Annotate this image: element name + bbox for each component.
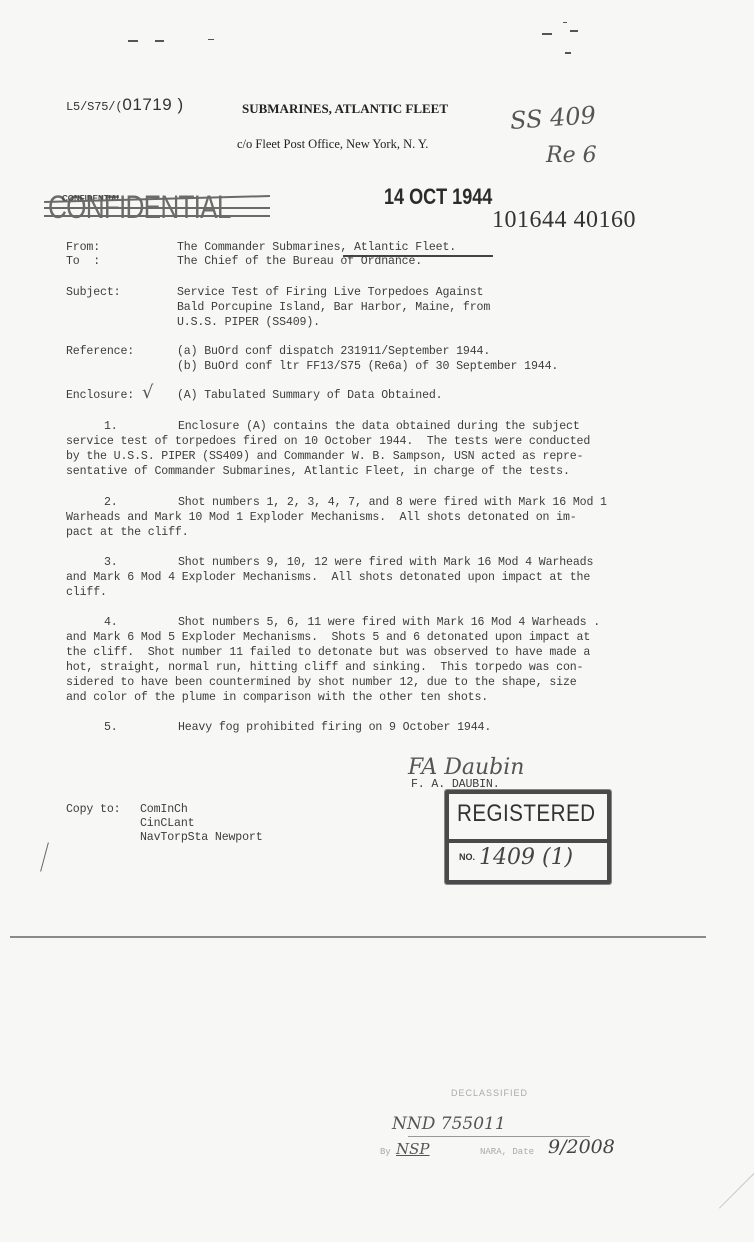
from-value: The Commander Submarines, Atlantic Fleet… [177, 241, 456, 256]
declassified-date-label: NARA, Date [480, 1147, 534, 1157]
declassified-stamp-title: DECLASSIFIED [451, 1088, 528, 1098]
serial-number-stamp: 101644 40160 [492, 207, 636, 234]
paragraph-line: the cliff. Shot number 11 failed to deto… [66, 646, 590, 661]
to-value: The Chief of the Bureau of Ordnance. [177, 255, 422, 270]
enclosure-value: (A) Tabulated Summary of Data Obtained. [177, 389, 443, 404]
declassified-by-value: NSP [396, 1140, 430, 1158]
paragraph-line: Shot numbers 1, 2, 3, 4, 7, and 8 were f… [178, 496, 607, 511]
copy-to-label: Copy to: [66, 803, 120, 818]
speck-mark [565, 52, 571, 54]
paragraph-line: Shot numbers 5, 6, 11 were fired with Ma… [178, 616, 600, 631]
subject-label: Subject: [66, 286, 120, 301]
declassified-authority: NND 755011 [392, 1114, 506, 1134]
subject-line: Bald Porcupine Island, Bar Harbor, Maine… [177, 301, 490, 316]
paragraph-line: by the U.S.S. PIPER (SS409) and Commande… [66, 450, 583, 465]
speck-mark [128, 40, 138, 42]
paragraph-line: Enclosure (A) contains the data obtained… [178, 420, 580, 435]
paper-crease [719, 1172, 754, 1208]
paragraph-line: cliff. [66, 586, 107, 601]
speck-mark [570, 30, 578, 32]
file-code-number: 01719 [122, 95, 172, 114]
copy-to-recipient: CinCLant [140, 817, 194, 832]
speck-mark [563, 22, 567, 23]
paragraph-line: sidered to have been countermined by sho… [66, 676, 577, 691]
registered-stamp: REGISTERED NO. 1409 (1) [445, 790, 611, 884]
paragraph-line: Heavy fog prohibited firing on 9 October… [178, 721, 491, 736]
reference-line: (b) BuOrd conf ltr FF13/S75 (Re6a) of 30… [177, 360, 558, 375]
file-code-suffix: ) [177, 95, 183, 114]
paragraph-number: 3. [104, 556, 118, 571]
from-label: From: [66, 241, 100, 256]
declassified-by-label: By [380, 1145, 391, 1160]
subject-line: U.S.S. PIPER (SS409). [177, 316, 320, 331]
file-code-prefix: L5/S75/( [66, 100, 122, 114]
address: c/o Fleet Post Office, New York, N. Y. [237, 137, 428, 152]
paragraph-line: and Mark 6 Mod 4 Exploder Mechanisms. Al… [66, 571, 590, 586]
paragraph-number: 4. [104, 616, 118, 631]
registered-stamp-divider [449, 839, 607, 843]
paragraph-line: sentative of Commander Submarines, Atlan… [66, 465, 570, 480]
declassified-date-value: 9/2008 [548, 1136, 615, 1158]
file-code: L5/S75/(01719 ) [66, 98, 184, 115]
paragraph-line: Shot numbers 9, 10, 12 were fired with M… [178, 556, 593, 571]
paragraph-number: 2. [104, 496, 118, 511]
speck-mark [208, 39, 214, 40]
page-separator-line [10, 936, 706, 938]
strikethrough-line [44, 207, 270, 209]
paragraph-number: 5. [104, 721, 118, 736]
registered-stamp-title: REGISTERED [457, 800, 595, 828]
organization-title: SUBMARINES, ATLANTIC FLEET [242, 101, 448, 117]
registered-stamp-no-value: 1409 (1) [479, 845, 573, 870]
paragraph-line: service test of torpedoes fired on 10 Oc… [66, 435, 590, 450]
to-label: To : [66, 255, 100, 270]
paragraph-line: and Mark 6 Mod 5 Exploder Mechanisms. Sh… [66, 631, 590, 646]
date-stamp: 14 OCT 1944 [384, 184, 492, 210]
handwritten-hull-number: SS 409 [509, 101, 597, 135]
reference-label: Reference: [66, 345, 134, 360]
pen-mark [40, 842, 49, 871]
copy-to-recipient: ComInCh [140, 803, 188, 818]
enclosure-label: Enclosure: [66, 389, 134, 404]
paragraph-line: pact at the cliff. [66, 526, 189, 541]
speck-mark [542, 33, 552, 35]
strikethrough-line [44, 215, 270, 217]
registered-stamp-no-label: NO. [459, 852, 475, 862]
copy-to-recipient: NavTorpSta Newport [140, 831, 263, 846]
handwritten-reference: Re 6 [546, 143, 597, 168]
paragraph-line: and color of the plume in comparison wit… [66, 691, 488, 706]
check-mark-icon: √ [142, 382, 153, 403]
handwritten-signature: FA Daubin [408, 755, 524, 780]
paragraph-number: 1. [104, 420, 118, 435]
reference-line: (a) BuOrd conf dispatch 231911/September… [177, 345, 490, 360]
speck-mark [155, 40, 164, 42]
paragraph-line: hot, straight, normal run, hitting cliff… [66, 661, 583, 676]
subject-line: Service Test of Firing Live Torpedoes Ag… [177, 286, 483, 301]
paragraph-line: Warheads and Mark 10 Mod 1 Exploder Mech… [66, 511, 577, 526]
